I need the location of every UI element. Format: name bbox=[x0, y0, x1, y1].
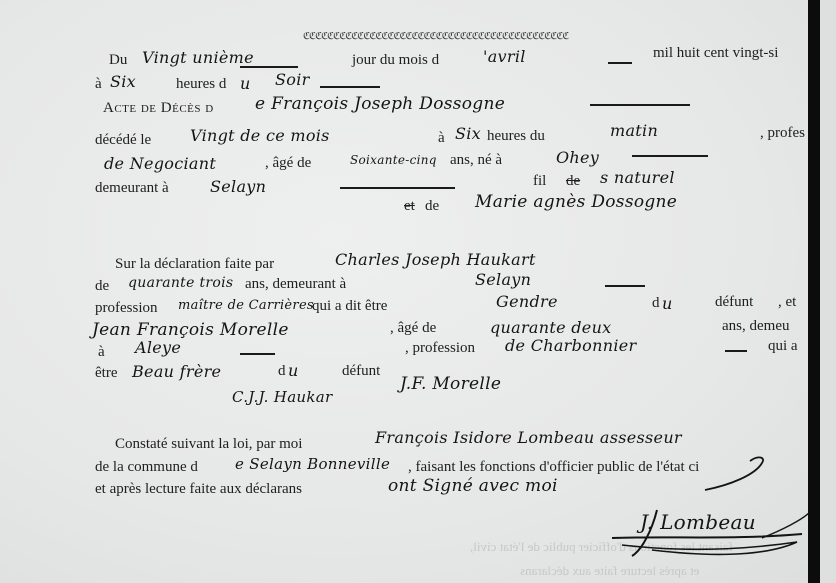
underline bbox=[725, 350, 747, 352]
printed-age-de: , âgé de bbox=[265, 155, 311, 172]
scanned-document-page: faisant les fonctions d'officier public … bbox=[0, 0, 836, 583]
printed-acte-de-deces: Acte de Décès d bbox=[103, 100, 214, 117]
handwritten-profession: de Negociant bbox=[104, 154, 216, 173]
printed-ans-ne-a: ans, né à bbox=[450, 152, 502, 169]
printed-d: d bbox=[278, 363, 286, 380]
handwritten-death-hour: Six bbox=[455, 124, 481, 143]
handwritten-declarant1-profession: maître de Carrières bbox=[178, 298, 314, 313]
signature-flourish-icon bbox=[612, 490, 808, 560]
printed-d: d bbox=[652, 295, 660, 312]
printed-defunt: défunt bbox=[342, 363, 380, 380]
handwritten-u: u bbox=[288, 361, 299, 380]
handwritten-day: Vingt unième bbox=[142, 48, 254, 67]
printed-heures-du: heures du bbox=[487, 128, 545, 145]
printed-jour-du-mois: jour du mois d bbox=[352, 52, 439, 69]
handwritten-age: Soixante-cinq bbox=[350, 153, 437, 167]
handwritten-officer-name: François Isidore Lombeau assesseur bbox=[375, 428, 682, 447]
underline bbox=[608, 62, 632, 64]
printed-age-de: , âgé de bbox=[390, 320, 436, 337]
printed-profession: , profession bbox=[405, 340, 475, 357]
printed-fonctions: , faisant les fonctions d'officier publi… bbox=[408, 459, 699, 476]
printed-ans-demeu: ans, demeu bbox=[722, 318, 789, 335]
signature-declarant1: C.J.J. Haukar bbox=[232, 388, 333, 406]
underline bbox=[320, 86, 380, 88]
signature-loop-icon bbox=[700, 455, 770, 495]
adjacent-page-edge bbox=[820, 0, 836, 583]
handwritten-declarant2-relation: Beau frère bbox=[132, 362, 221, 381]
handwritten-commune: e Selayn Bonneville bbox=[235, 455, 390, 473]
printed-de-struck: de bbox=[566, 173, 580, 190]
underline bbox=[605, 285, 645, 287]
printed-a: à bbox=[438, 130, 445, 147]
printed-du: Du bbox=[109, 52, 127, 69]
handwritten-declarant1-name: Charles Joseph Haukart bbox=[335, 250, 536, 269]
handwritten-death-date: Vingt de ce mois bbox=[190, 126, 330, 145]
handwritten-birthplace: Ohey bbox=[556, 148, 599, 167]
printed-lecture: et après lecture faite aux déclarans bbox=[95, 481, 302, 498]
printed-qui-a-dit-etre: qui a dit être bbox=[312, 298, 387, 315]
underline bbox=[240, 353, 275, 355]
printed-de: de bbox=[425, 198, 439, 215]
handwritten-death-period: matin bbox=[610, 121, 658, 140]
printed-decede-le: décédé le bbox=[95, 132, 151, 149]
handwritten-filiation: s naturel bbox=[600, 168, 675, 187]
printed-a: à bbox=[98, 344, 105, 361]
printed-etre: être bbox=[95, 365, 117, 382]
handwritten-suffix: u bbox=[240, 74, 251, 93]
printed-qui-a: qui a bbox=[768, 338, 798, 355]
bleed-through-text: et après lecture faite aux déclarans bbox=[520, 563, 699, 579]
printed-year: mil huit cent vingt-si bbox=[653, 45, 778, 62]
handwritten-deceased-name: e François Joseph Dossogne bbox=[255, 94, 505, 114]
printed-ans-demeurant: ans, demeurant à bbox=[245, 276, 346, 293]
printed-a: à bbox=[95, 76, 102, 93]
underline bbox=[590, 104, 690, 106]
handwritten-declarant1-relation: Gendre bbox=[496, 292, 558, 311]
handwritten-u: u bbox=[662, 294, 673, 313]
printed-et: , et bbox=[778, 294, 796, 311]
printed-commune: de la commune d bbox=[95, 459, 198, 476]
printed-de: de bbox=[95, 278, 109, 295]
printed-declaration: Sur la déclaration faite par bbox=[115, 256, 274, 273]
underline bbox=[632, 155, 708, 157]
handwritten-hour: Six bbox=[110, 72, 136, 91]
printed-et-struck: et bbox=[404, 198, 415, 215]
printed-fil: fil bbox=[533, 173, 546, 190]
handwritten-mother-name: Marie agnès Dossogne bbox=[475, 192, 677, 212]
printed-constate: Constaté suivant la loi, par moi bbox=[115, 436, 302, 453]
handwritten-declarant1-residence: Selayn bbox=[475, 270, 531, 289]
signature-declarant2: J.F. Morelle bbox=[400, 374, 501, 394]
handwritten-declarant2-age: quarante deux bbox=[490, 318, 612, 337]
handwritten-ont-signe: ont Signé avec moi bbox=[388, 476, 558, 496]
underline bbox=[340, 187, 455, 189]
handwritten-residence: Selayn bbox=[210, 177, 266, 196]
handwritten-declarant2-profession: de Charbonnier bbox=[505, 336, 636, 355]
printed-demeurant-a: demeurant à bbox=[95, 180, 169, 197]
printed-profession: profession bbox=[95, 300, 158, 317]
printed-profession: , profes bbox=[760, 125, 805, 142]
underline bbox=[240, 66, 298, 68]
handwritten-month: 'avril bbox=[483, 47, 526, 66]
handwritten-period: Soir bbox=[275, 70, 310, 89]
printed-heures: heures d bbox=[176, 76, 226, 93]
handwritten-declarant2-residence: Aleye bbox=[135, 338, 181, 357]
handwritten-declarant1-age: quarante trois bbox=[128, 275, 233, 291]
ornamental-border: ℭℭℭℭℭℭℭℭℭℭℭℭℭℭℭℭℭℭℭℭℭℭℭℭℭℭℭℭℭℭℭℭℭℭℭℭℭℭℭℭ… bbox=[303, 32, 615, 42]
printed-defunt: défunt bbox=[715, 294, 753, 311]
handwritten-declarant2-name: Jean François Morelle bbox=[92, 320, 289, 340]
page-binding-edge bbox=[808, 0, 820, 583]
